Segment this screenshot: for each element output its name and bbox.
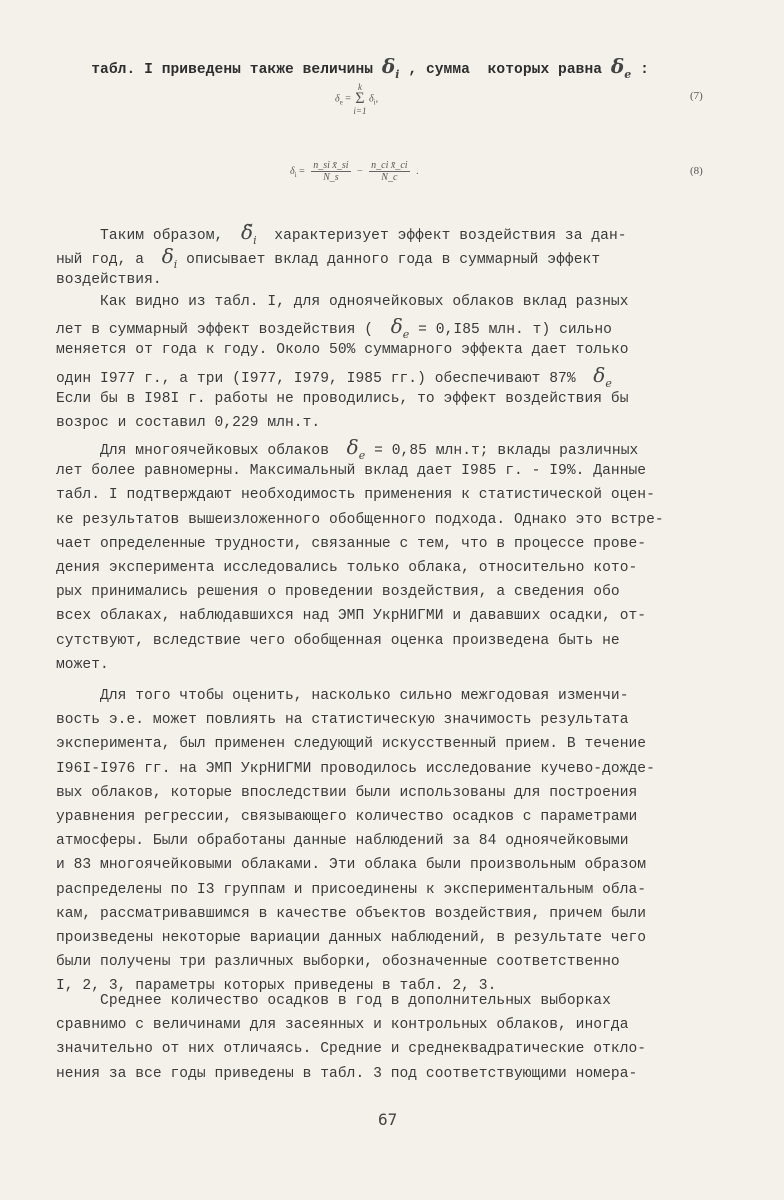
text-segment: Если бы в I98I г. работы не проводились,… <box>56 391 629 407</box>
text-segment: меняется от года к году. Около 50% сумма… <box>56 342 629 358</box>
text-line: были получены три различных выборки, обо… <box>56 952 620 972</box>
text-segment: ке результатов вышеизложенного обобщенно… <box>56 512 664 528</box>
text-segment: вых облаков, которые впоследствии были и… <box>56 785 637 801</box>
text-line: сутствуют, вследствие чего обобщенная оц… <box>56 631 620 651</box>
intro-text-middle: , сумма которых равна <box>400 62 611 78</box>
text-segment: характеризует эффект воздействия за дан- <box>257 228 627 244</box>
equation-8: δi = n_si x̄_si N_s − n_ci x̄_ci N_c . <box>290 160 419 183</box>
text-line: сравнимо с величинами для засеянных и ко… <box>56 1015 629 1035</box>
text-segment: были получены три различных выборки, обо… <box>56 954 620 970</box>
text-segment: Таким образом, <box>56 228 241 244</box>
text-segment: лет более равномерны. Максимальный вклад… <box>56 463 646 479</box>
text-segment: дения эксперимента исследовались только … <box>56 560 637 576</box>
text-line: значительно от них отличаясь. Средние и … <box>56 1039 646 1059</box>
text-segment: сутствуют, вследствие чего обобщенная оц… <box>56 633 620 649</box>
text-segment: распределены по I3 группам и присоединен… <box>56 882 646 898</box>
text-segment: может. <box>56 657 109 673</box>
equation-7: δe = k Σ i=1 δi, <box>335 82 378 116</box>
text-line: эксперимента, был применен следующий иск… <box>56 734 646 754</box>
equation-8-number: (8) <box>690 165 703 177</box>
delta-symbol: δe <box>391 314 410 338</box>
delta-symbol: δe <box>593 363 612 387</box>
text-segment: эксперимента, был применен следующий иск… <box>56 736 646 752</box>
delta-symbol: δe <box>347 435 366 459</box>
text-segment: рых принимались решения о проведении воз… <box>56 584 620 600</box>
text-segment: лет в суммарный эффект воздействия ( <box>56 322 391 338</box>
text-line: I96I-I976 гг. на ЭМП УкрНИГМИ проводилос… <box>56 759 655 779</box>
text-segment: всех облаках, наблюдавшихся над ЭМП УкрН… <box>56 608 646 624</box>
text-line: ке результатов вышеизложенного обобщенно… <box>56 510 664 530</box>
text-segment: ный год, а <box>56 252 162 268</box>
text-segment: Среднее количество осадков в год в допол… <box>56 993 611 1009</box>
text-line: рых принимались решения о проведении воз… <box>56 582 620 602</box>
delta-symbol: δi <box>162 244 178 268</box>
text-segment: Как видно из табл. I, для одноячейковых … <box>56 294 629 310</box>
text-line: атмосферы. Были обработаны данные наблюд… <box>56 831 629 851</box>
text-segment: атмосферы. Были обработаны данные наблюд… <box>56 833 629 849</box>
text-segment: чает определенные трудности, связанные с… <box>56 536 646 552</box>
text-segment: произведены некоторые вариации данных на… <box>56 930 646 946</box>
text-segment: нения за все годы приведены в табл. 3 по… <box>56 1066 637 1082</box>
document-page: табл. I приведены также величины δi , су… <box>0 0 784 1200</box>
text-segment: воздействия. <box>56 272 162 288</box>
text-segment: и 83 многоячейковыми облаками. Эти облак… <box>56 857 646 873</box>
text-line: кам, рассматривавшимся в качестве объект… <box>56 904 646 924</box>
text-line: чает определенные трудности, связанные с… <box>56 534 646 554</box>
text-line: Если бы в I98I г. работы не проводились,… <box>56 389 629 409</box>
text-segment: один I977 г., а три (I977, I979, I985 гг… <box>56 371 593 387</box>
text-line: и 83 многоячейковыми облаками. Эти облак… <box>56 855 646 875</box>
text-line: вых облаков, которые впоследствии были и… <box>56 783 637 803</box>
text-line: может. <box>56 655 109 675</box>
summation-symbol: k Σ i=1 <box>353 82 366 116</box>
text-segment: = 0,I85 млн. т) сильно <box>409 322 612 338</box>
delta-i-symbol: δi <box>382 54 400 78</box>
text-line: Для того чтобы оценить, насколько сильно… <box>56 686 629 706</box>
text-line: Как видно из табл. I, для одноячейковых … <box>56 292 629 312</box>
delta-e-symbol: δe <box>611 54 631 78</box>
fraction-seeded: n_si x̄_si N_s <box>311 160 350 183</box>
text-line: табл. I подтверждают необходимость приме… <box>56 485 655 505</box>
text-line: дения эксперимента исследовались только … <box>56 558 637 578</box>
text-segment: Для многоячейковых облаков <box>56 443 347 459</box>
text-line: возрос и составил 0,229 млн.т. <box>56 413 320 433</box>
text-segment: вость э.е. может повлиять на статистичес… <box>56 712 629 728</box>
equation-7-number: (7) <box>690 90 703 102</box>
text-segment: I96I-I976 гг. на ЭМП УкрНИГМИ проводилос… <box>56 761 655 777</box>
text-segment: описывает вклад данного года в суммарный… <box>177 252 600 268</box>
text-segment: уравнения регрессии, связывающего количе… <box>56 809 637 825</box>
text-segment: сравнимо с величинами для засеянных и ко… <box>56 1017 629 1033</box>
text-line: Среднее количество осадков в год в допол… <box>56 991 611 1011</box>
text-segment: кам, рассматривавшимся в качестве объект… <box>56 906 646 922</box>
text-segment: Для того чтобы оценить, насколько сильно… <box>56 688 629 704</box>
text-line: вость э.е. может повлиять на статистичес… <box>56 710 629 730</box>
text-line: воздействия. <box>56 270 162 290</box>
delta-symbol: δ̃i <box>241 220 257 244</box>
intro-text-after: : <box>631 62 649 78</box>
text-segment: = 0,85 млн.т; вклады различных <box>365 443 638 459</box>
text-line: произведены некоторые вариации данных на… <box>56 928 646 948</box>
text-line: меняется от года к году. Около 50% сумма… <box>56 340 629 360</box>
text-segment: возрос и составил 0,229 млн.т. <box>56 415 320 431</box>
text-segment: значительно от них отличаясь. Средние и … <box>56 1041 646 1057</box>
intro-text-before: табл. I приведены также величины <box>91 62 382 78</box>
text-segment: табл. I подтверждают необходимость приме… <box>56 487 655 503</box>
text-line: нения за все годы приведены в табл. 3 по… <box>56 1064 637 1084</box>
fraction-control: n_ci x̄_ci N_c <box>369 160 409 183</box>
text-line: распределены по I3 группам и присоединен… <box>56 880 646 900</box>
text-line: лет более равномерны. Максимальный вклад… <box>56 461 646 481</box>
text-line: всех облаках, наблюдавшихся над ЭМП УкрН… <box>56 606 646 626</box>
text-line: уравнения регрессии, связывающего количе… <box>56 807 637 827</box>
page-number: 67 <box>378 1110 397 1129</box>
